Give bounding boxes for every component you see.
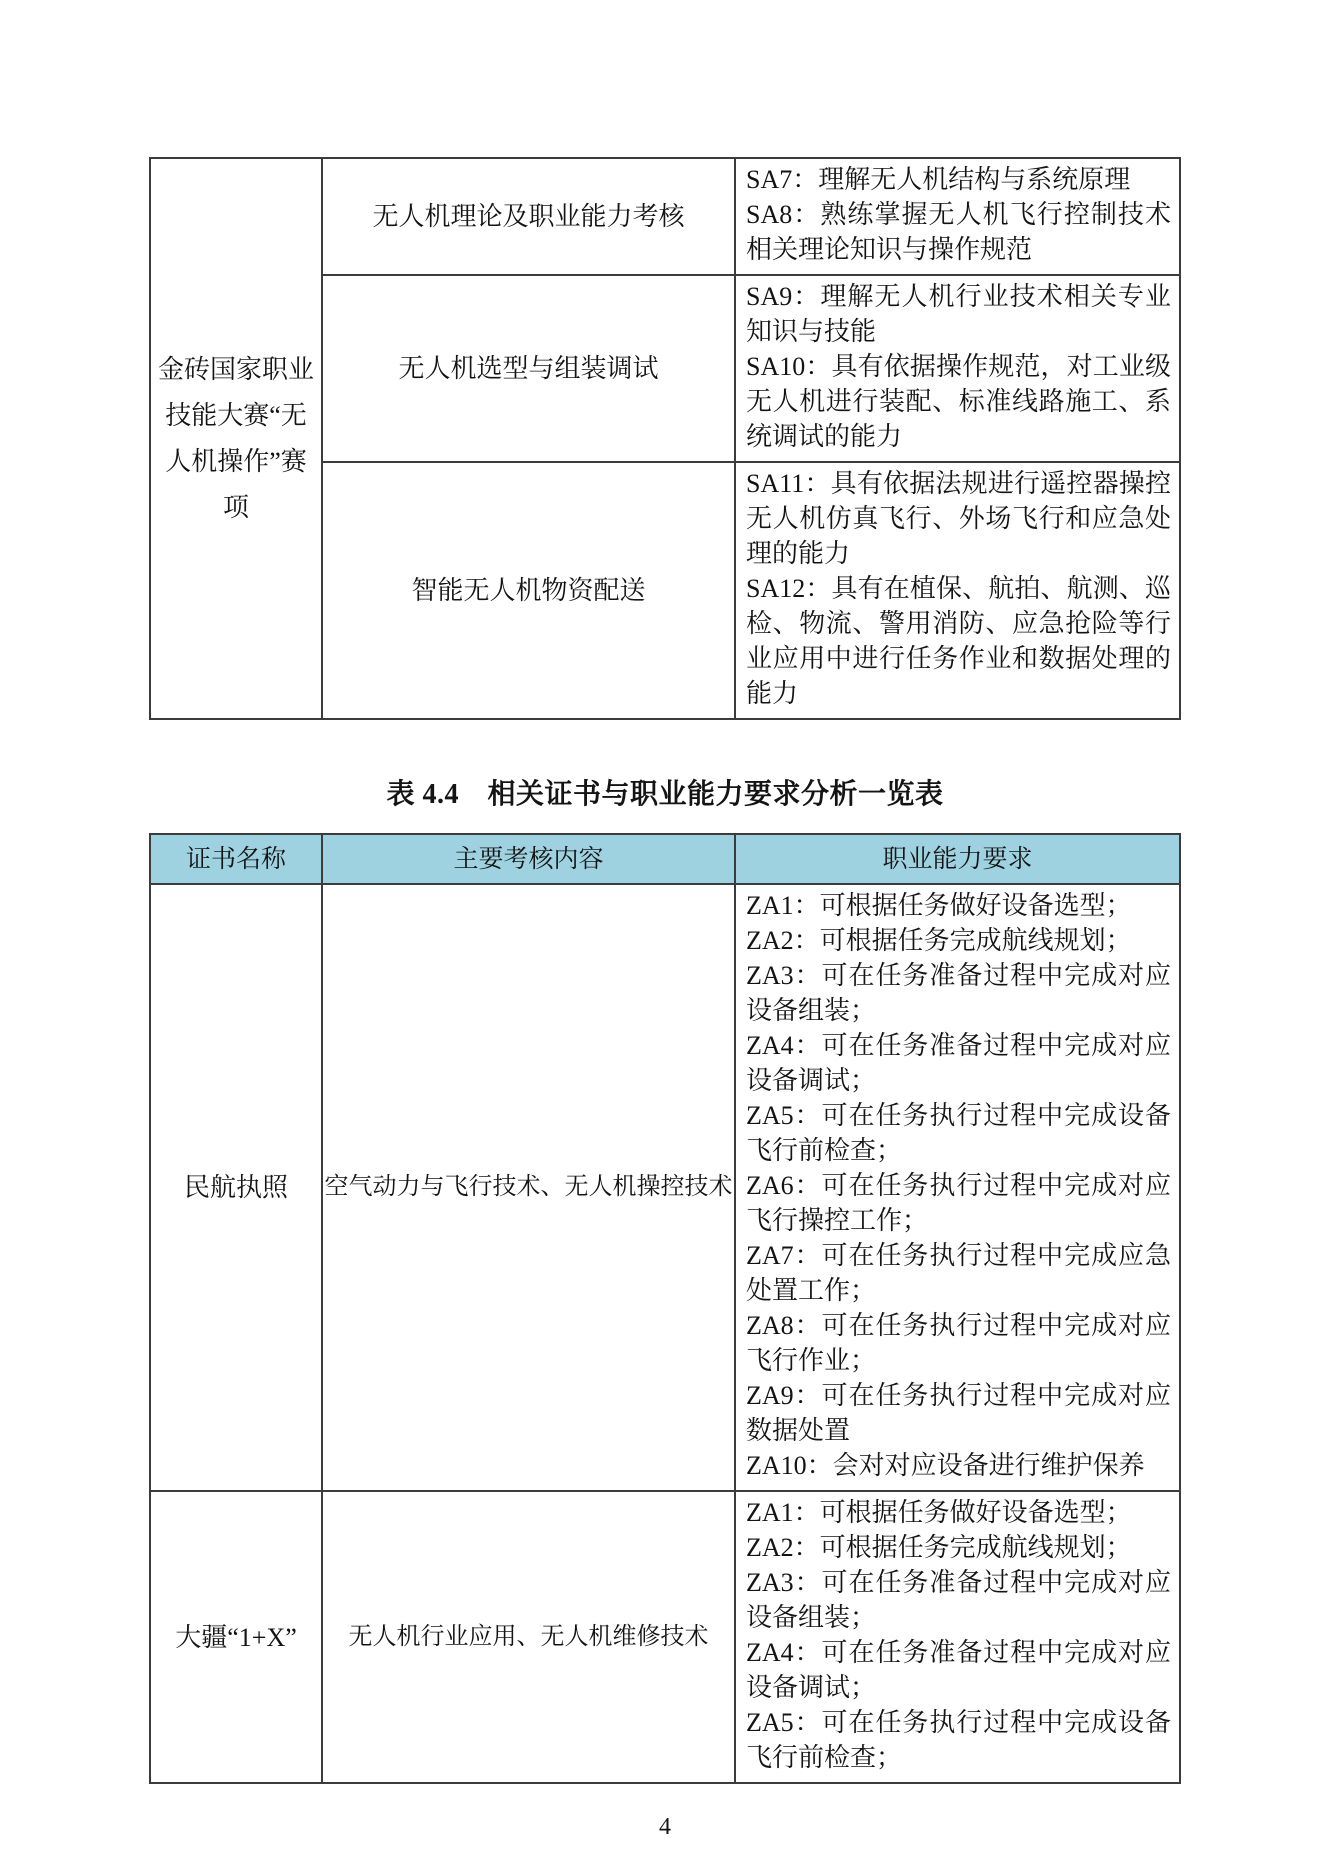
requirement-line: ZA1：可根据任务做好设备选型； — [746, 888, 1171, 923]
skill-requirements-cell: SA11：具有依据法规进行遥控器操控无人机仿真飞行、外场飞行和应急处理的能力SA… — [735, 462, 1180, 719]
header-certificate-name: 证书名称 — [150, 834, 322, 884]
certificate-name-cell: 民航执照 — [150, 884, 322, 1491]
requirement-line: ZA1：可根据任务做好设备选型； — [746, 1495, 1171, 1530]
requirement-line: ZA10：会对对应设备进行维护保养 — [746, 1448, 1171, 1483]
requirement-line: SA7：理解无人机结构与系统原理 — [746, 162, 1171, 197]
requirement-line: ZA3：可在任务准备过程中完成对应设备组装； — [746, 958, 1171, 1028]
requirement-line: ZA6：可在任务执行过程中完成对应飞行操控工作； — [746, 1168, 1171, 1238]
requirement-line: ZA4：可在任务准备过程中完成对应设备调试； — [746, 1028, 1171, 1098]
certificate-name-cell: 大疆“1+X” — [150, 1491, 322, 1783]
competition-skills-table: 金砖国家职业技能大赛“无人机操作”赛项 无人机理论及职业能力考核 SA7：理解无… — [149, 157, 1181, 720]
requirement-line: SA12：具有在植保、航拍、航测、巡检、物流、警用消防、应急抢险等行业应用中进行… — [746, 571, 1171, 711]
ability-requirements-cell: ZA1：可根据任务做好设备选型；ZA2：可根据任务完成航线规划；ZA3：可在任务… — [735, 884, 1180, 1491]
requirement-line: ZA5：可在任务执行过程中完成设备飞行前检查； — [746, 1705, 1171, 1775]
requirement-line: SA8：熟练掌握无人机飞行控制技术相关理论知识与操作规范 — [746, 197, 1171, 267]
exam-module-cell: 无人机理论及职业能力考核 — [322, 158, 735, 275]
exam-module-cell: 无人机选型与组装调试 — [322, 275, 735, 462]
table-row: 民航执照 空气动力与飞行技术、无人机操控技术 ZA1：可根据任务做好设备选型；Z… — [150, 884, 1180, 1491]
header-ability-requirements: 职业能力要求 — [735, 834, 1180, 884]
requirement-line: ZA4：可在任务准备过程中完成对应设备调试； — [746, 1635, 1171, 1705]
exam-content-cell: 空气动力与飞行技术、无人机操控技术 — [322, 884, 735, 1491]
requirement-line: ZA9：可在任务执行过程中完成对应数据处置 — [746, 1378, 1171, 1448]
document-page: 金砖国家职业技能大赛“无人机操作”赛项 无人机理论及职业能力考核 SA7：理解无… — [0, 0, 1323, 1871]
requirement-line: ZA2：可根据任务完成航线规划； — [746, 923, 1171, 958]
ability-requirements-cell: ZA1：可根据任务做好设备选型；ZA2：可根据任务完成航线规划；ZA3：可在任务… — [735, 1491, 1180, 1783]
table-header-row: 证书名称 主要考核内容 职业能力要求 — [150, 834, 1180, 884]
table-row: 金砖国家职业技能大赛“无人机操作”赛项 无人机理论及职业能力考核 SA7：理解无… — [150, 158, 1180, 275]
skill-requirements-cell: SA9：理解无人机行业技术相关专业知识与技能SA10：具有依据操作规范，对工业级… — [735, 275, 1180, 462]
page-number: 4 — [149, 1814, 1181, 1841]
requirement-line: SA10：具有依据操作规范，对工业级无人机进行装配、标准线路施工、系统调试的能力 — [746, 349, 1171, 454]
page-content: 金砖国家职业技能大赛“无人机操作”赛项 无人机理论及职业能力考核 SA7：理解无… — [149, 157, 1181, 1841]
requirement-line: SA9：理解无人机行业技术相关专业知识与技能 — [746, 279, 1171, 349]
competition-name-cell: 金砖国家职业技能大赛“无人机操作”赛项 — [150, 158, 322, 719]
requirement-line: ZA5：可在任务执行过程中完成设备飞行前检查； — [746, 1098, 1171, 1168]
certificates-table: 证书名称 主要考核内容 职业能力要求 民航执照 空气动力与飞行技术、无人机操控技… — [149, 833, 1181, 1784]
requirement-line: ZA7：可在任务执行过程中完成应急处置工作； — [746, 1238, 1171, 1308]
table-caption: 表 4.4 相关证书与职业能力要求分析一览表 — [149, 772, 1181, 812]
table-row: 大疆“1+X” 无人机行业应用、无人机维修技术 ZA1：可根据任务做好设备选型；… — [150, 1491, 1180, 1783]
header-exam-content: 主要考核内容 — [322, 834, 735, 884]
requirement-line: SA11：具有依据法规进行遥控器操控无人机仿真飞行、外场飞行和应急处理的能力 — [746, 466, 1171, 571]
exam-module-cell: 智能无人机物资配送 — [322, 462, 735, 719]
requirement-line: ZA8：可在任务执行过程中完成对应飞行作业； — [746, 1308, 1171, 1378]
exam-content-cell: 无人机行业应用、无人机维修技术 — [322, 1491, 735, 1783]
requirement-line: ZA2：可根据任务完成航线规划； — [746, 1530, 1171, 1565]
requirement-line: ZA3：可在任务准备过程中完成对应设备组装； — [746, 1565, 1171, 1635]
skill-requirements-cell: SA7：理解无人机结构与系统原理SA8：熟练掌握无人机飞行控制技术相关理论知识与… — [735, 158, 1180, 275]
